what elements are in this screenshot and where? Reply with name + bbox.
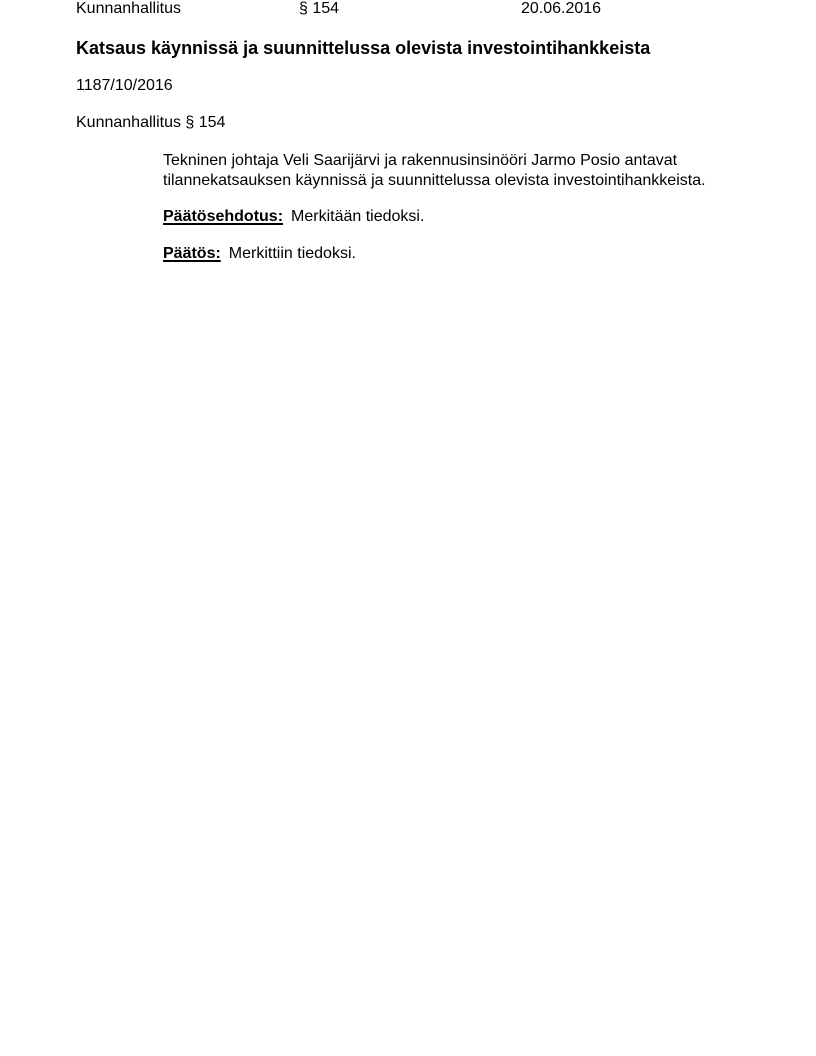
decision-text: Merkittiin tiedoksi.: [229, 245, 356, 262]
body-line-1: Tekninen johtaja Veli Saarijärvi ja rake…: [163, 151, 706, 171]
section-reference: Kunnanhallitus § 154: [76, 114, 225, 132]
decision-proposal: Päätösehdotus:Merkitään tiedoksi.: [163, 208, 424, 226]
body-paragraph: Tekninen johtaja Veli Saarijärvi ja rake…: [163, 151, 706, 191]
decision: Päätös:Merkittiin tiedoksi.: [163, 245, 356, 263]
header-organization: Kunnanhallitus: [76, 0, 181, 18]
decision-label: Päätös:: [163, 245, 221, 262]
proposal-text: Merkitään tiedoksi.: [291, 208, 424, 225]
document-number: 1187/10/2016: [76, 77, 173, 95]
header-section: § 154: [299, 0, 339, 18]
page-title: Katsaus käynnissä ja suunnittelussa olev…: [76, 38, 650, 58]
header-date: 20.06.2016: [521, 0, 601, 18]
proposal-label: Päätösehdotus:: [163, 208, 283, 225]
body-line-2: tilannekatsauksen käynnissä ja suunnitte…: [163, 171, 706, 191]
